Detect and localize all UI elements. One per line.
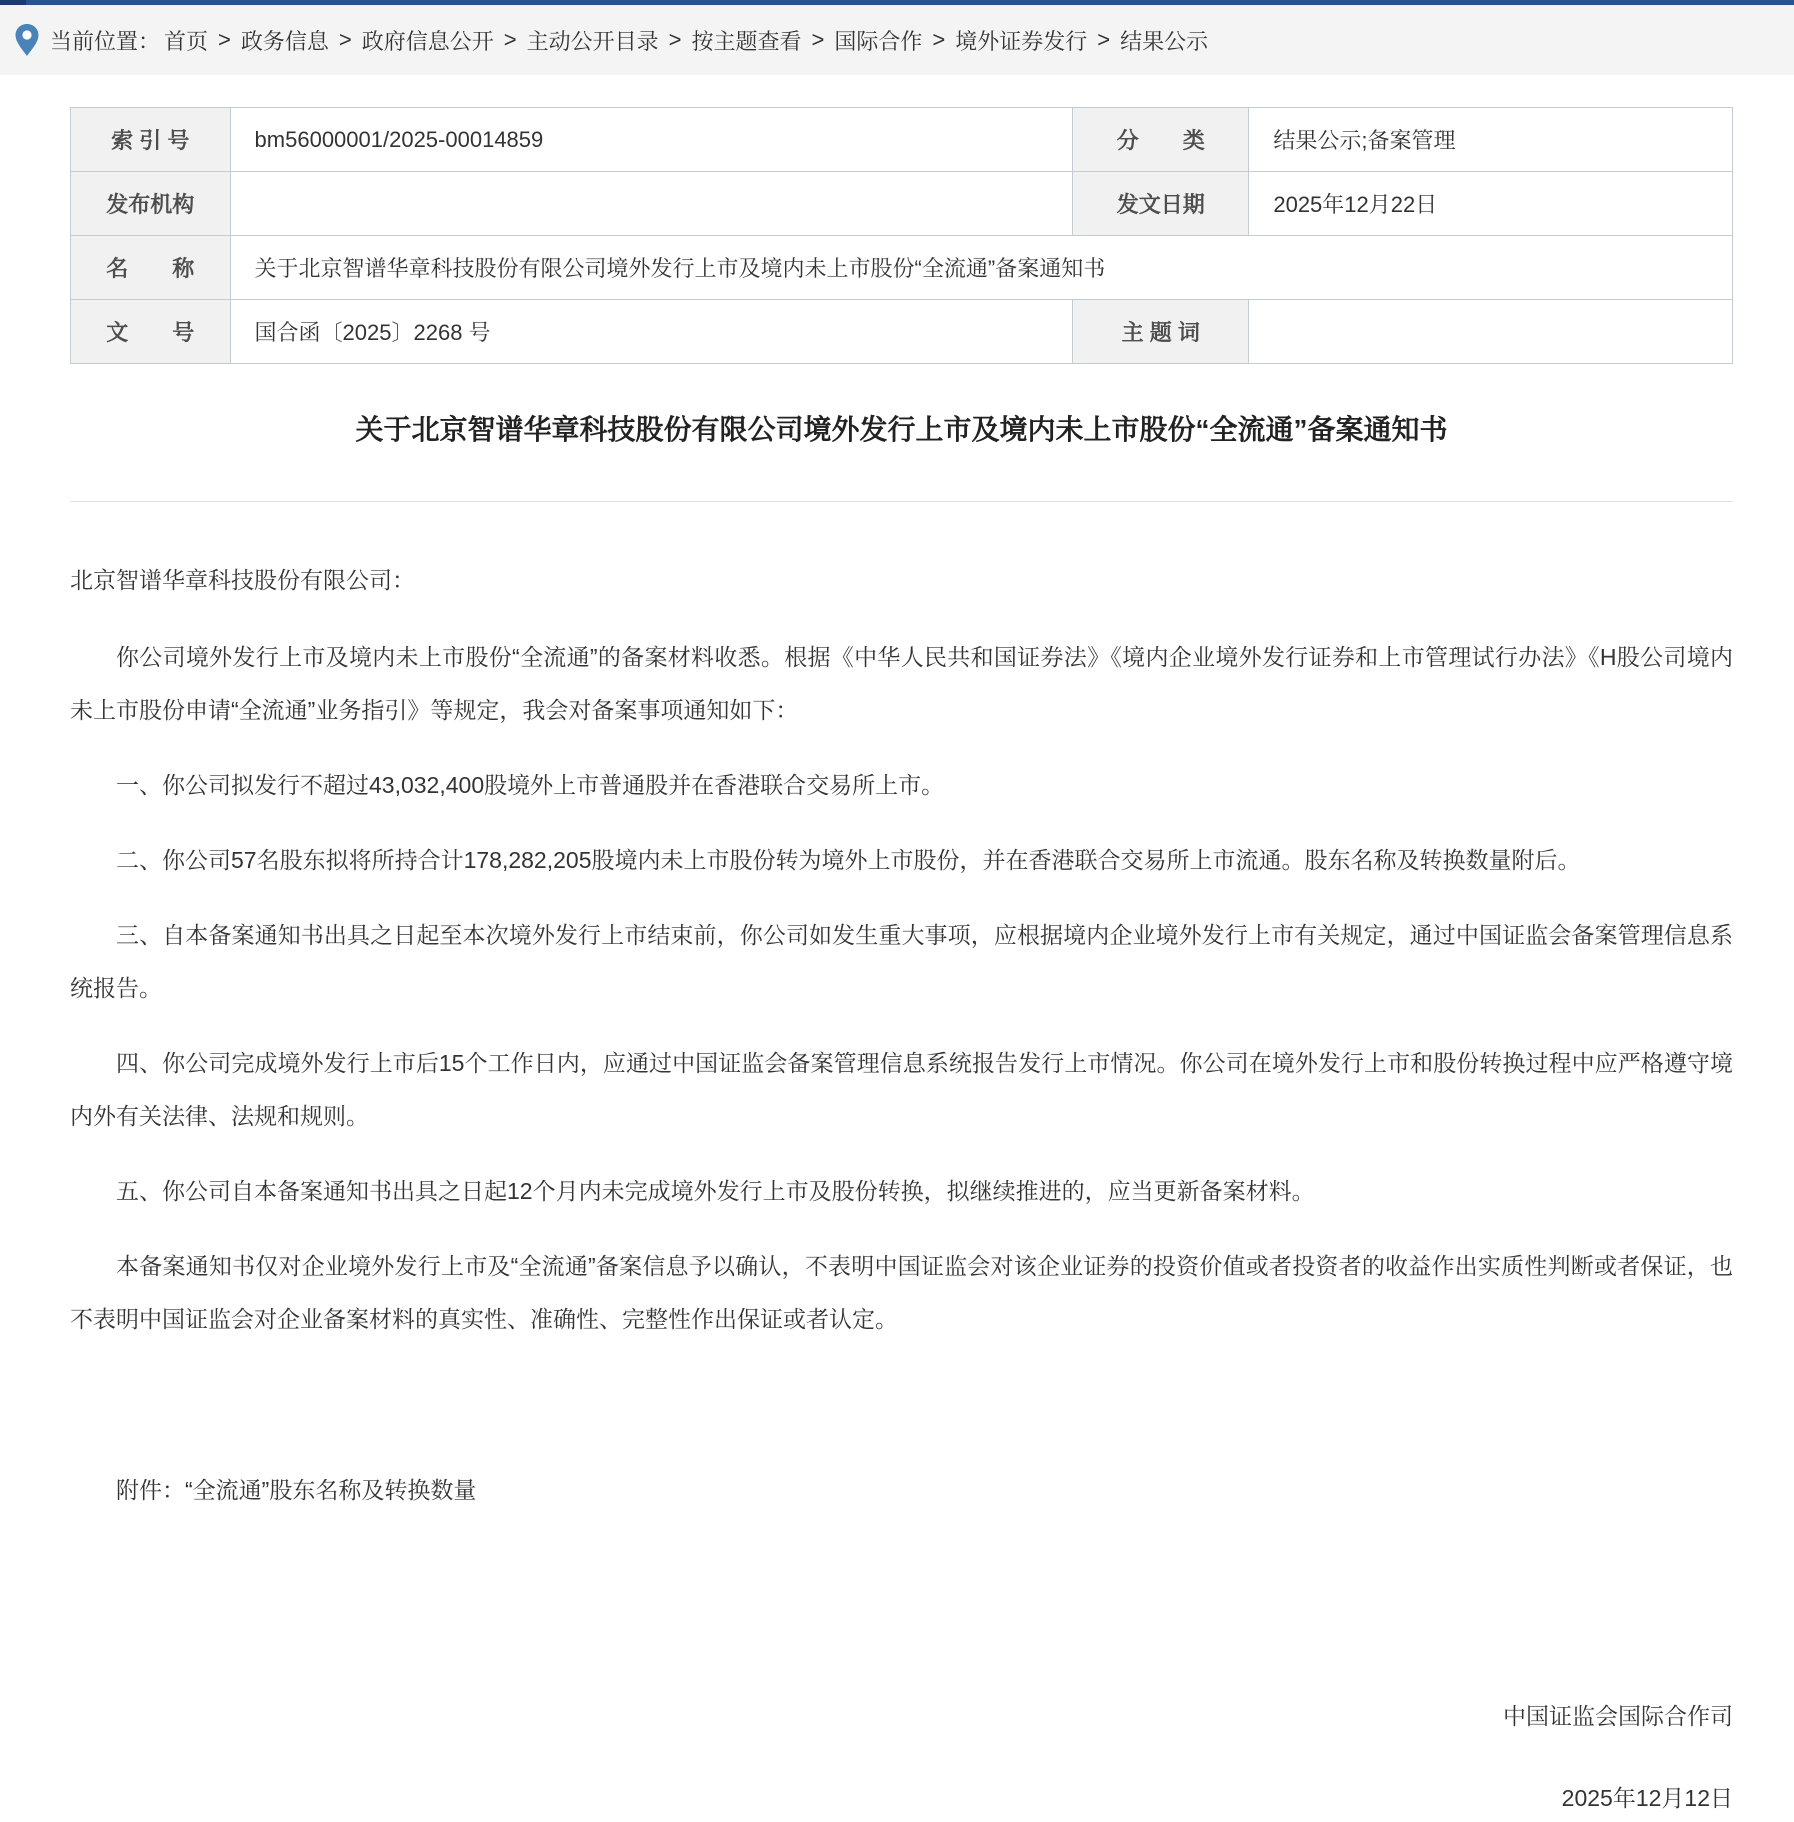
subject-words-value	[1249, 300, 1733, 364]
breadcrumb: 当前位置： 首页 > 政务信息 > 政府信息公开 > 主动公开目录 > 按主题查…	[0, 5, 1794, 75]
breadcrumb-item-intl-cooperation[interactable]: 国际合作	[834, 25, 922, 56]
name-value: 关于北京智谱华章科技股份有限公司境外发行上市及境内未上市股份“全流通”备案通知书	[230, 236, 1732, 300]
subject-words-label: 主 题 词	[1073, 300, 1249, 364]
issue-date-label: 发文日期	[1073, 172, 1249, 236]
top-accent-bar-left-segment	[0, 0, 26, 5]
body-paragraph-item-3: 三、自本备案通知书出具之日起至本次境外发行上市结束前，你公司如发生重大事项，应根…	[70, 909, 1733, 1015]
body-paragraph-intro: 你公司境外发行上市及境内未上市股份“全流通”的备案材料收悉。根据《中华人民共和国…	[70, 631, 1733, 737]
table-row: 名 称 关于北京智谱华章科技股份有限公司境外发行上市及境内未上市股份“全流通”备…	[71, 236, 1733, 300]
breadcrumb-item-overseas-issuance[interactable]: 境外证券发行	[955, 25, 1087, 56]
document-number-value: 国合函〔2025〕2268 号	[230, 300, 1073, 364]
title-divider	[70, 501, 1733, 502]
document-content: 索 引 号 bm56000001/2025-00014859 分 类 结果公示;…	[0, 107, 1794, 1815]
body-paragraph-disclaimer: 本备案通知书仅对企业境外发行上市及“全流通”备案信息予以确认，不表明中国证监会对…	[70, 1240, 1733, 1346]
body-paragraph-item-2: 二、你公司57名股东拟将所持合计178,282,205股境内未上市股份转为境外上…	[70, 834, 1733, 887]
table-row: 索 引 号 bm56000001/2025-00014859 分 类 结果公示;…	[71, 108, 1733, 172]
breadcrumb-separator: >	[669, 27, 682, 53]
category-label: 分 类	[1073, 108, 1249, 172]
breadcrumb-separator: >	[932, 27, 945, 53]
top-accent-bar	[0, 0, 1794, 5]
signature-date: 2025年12月12日	[70, 1781, 1733, 1815]
metadata-table: 索 引 号 bm56000001/2025-00014859 分 类 结果公示;…	[70, 107, 1733, 364]
breadcrumb-item-by-topic[interactable]: 按主题查看	[692, 25, 802, 56]
breadcrumb-separator: >	[218, 27, 231, 53]
issue-date-value: 2025年12月22日	[1249, 172, 1733, 236]
document-number-label: 文 号	[71, 300, 231, 364]
table-row: 文 号 国合函〔2025〕2268 号 主 题 词	[71, 300, 1733, 364]
issuing-agency-label: 发布机构	[71, 172, 231, 236]
salutation: 北京智谱华章科技股份有限公司：	[70, 554, 1733, 607]
breadcrumb-prefix: 当前位置：	[50, 25, 160, 56]
signature: 中国证监会国际合作司	[70, 1699, 1733, 1733]
location-pin-icon	[14, 23, 40, 57]
breadcrumb-item-gov-info[interactable]: 政务信息	[241, 25, 329, 56]
name-label: 名 称	[71, 236, 231, 300]
breadcrumb-separator: >	[339, 27, 352, 53]
breadcrumb-separator: >	[504, 27, 517, 53]
attachment-line: 附件：“全流通”股东名称及转换数量	[70, 1464, 1733, 1517]
breadcrumb-item-info-disclosure[interactable]: 政府信息公开	[362, 25, 494, 56]
document-body: 北京智谱华章科技股份有限公司： 你公司境外发行上市及境内未上市股份“全流通”的备…	[70, 554, 1733, 1815]
body-paragraph-item-5: 五、你公司自本备案通知书出具之日起12个月内未完成境外发行上市及股份转换，拟继续…	[70, 1165, 1733, 1218]
page-title: 关于北京智谱华章科技股份有限公司境外发行上市及境内未上市股份“全流通”备案通知书	[70, 410, 1733, 449]
body-paragraph-item-1: 一、你公司拟发行不超过43,032,400股境外上市普通股并在香港联合交易所上市…	[70, 759, 1733, 812]
index-number-value: bm56000001/2025-00014859	[230, 108, 1073, 172]
breadcrumb-item-active-catalog[interactable]: 主动公开目录	[527, 25, 659, 56]
table-row: 发布机构 发文日期 2025年12月22日	[71, 172, 1733, 236]
breadcrumb-item-results[interactable]: 结果公示	[1120, 25, 1208, 56]
issuing-agency-value	[230, 172, 1073, 236]
body-paragraph-item-4: 四、你公司完成境外发行上市后15个工作日内，应通过中国证监会备案管理信息系统报告…	[70, 1037, 1733, 1143]
index-number-label: 索 引 号	[71, 108, 231, 172]
breadcrumb-separator: >	[1097, 27, 1110, 53]
breadcrumb-separator: >	[812, 27, 825, 53]
breadcrumb-item-home[interactable]: 首页	[164, 25, 208, 56]
category-value: 结果公示;备案管理	[1249, 108, 1733, 172]
